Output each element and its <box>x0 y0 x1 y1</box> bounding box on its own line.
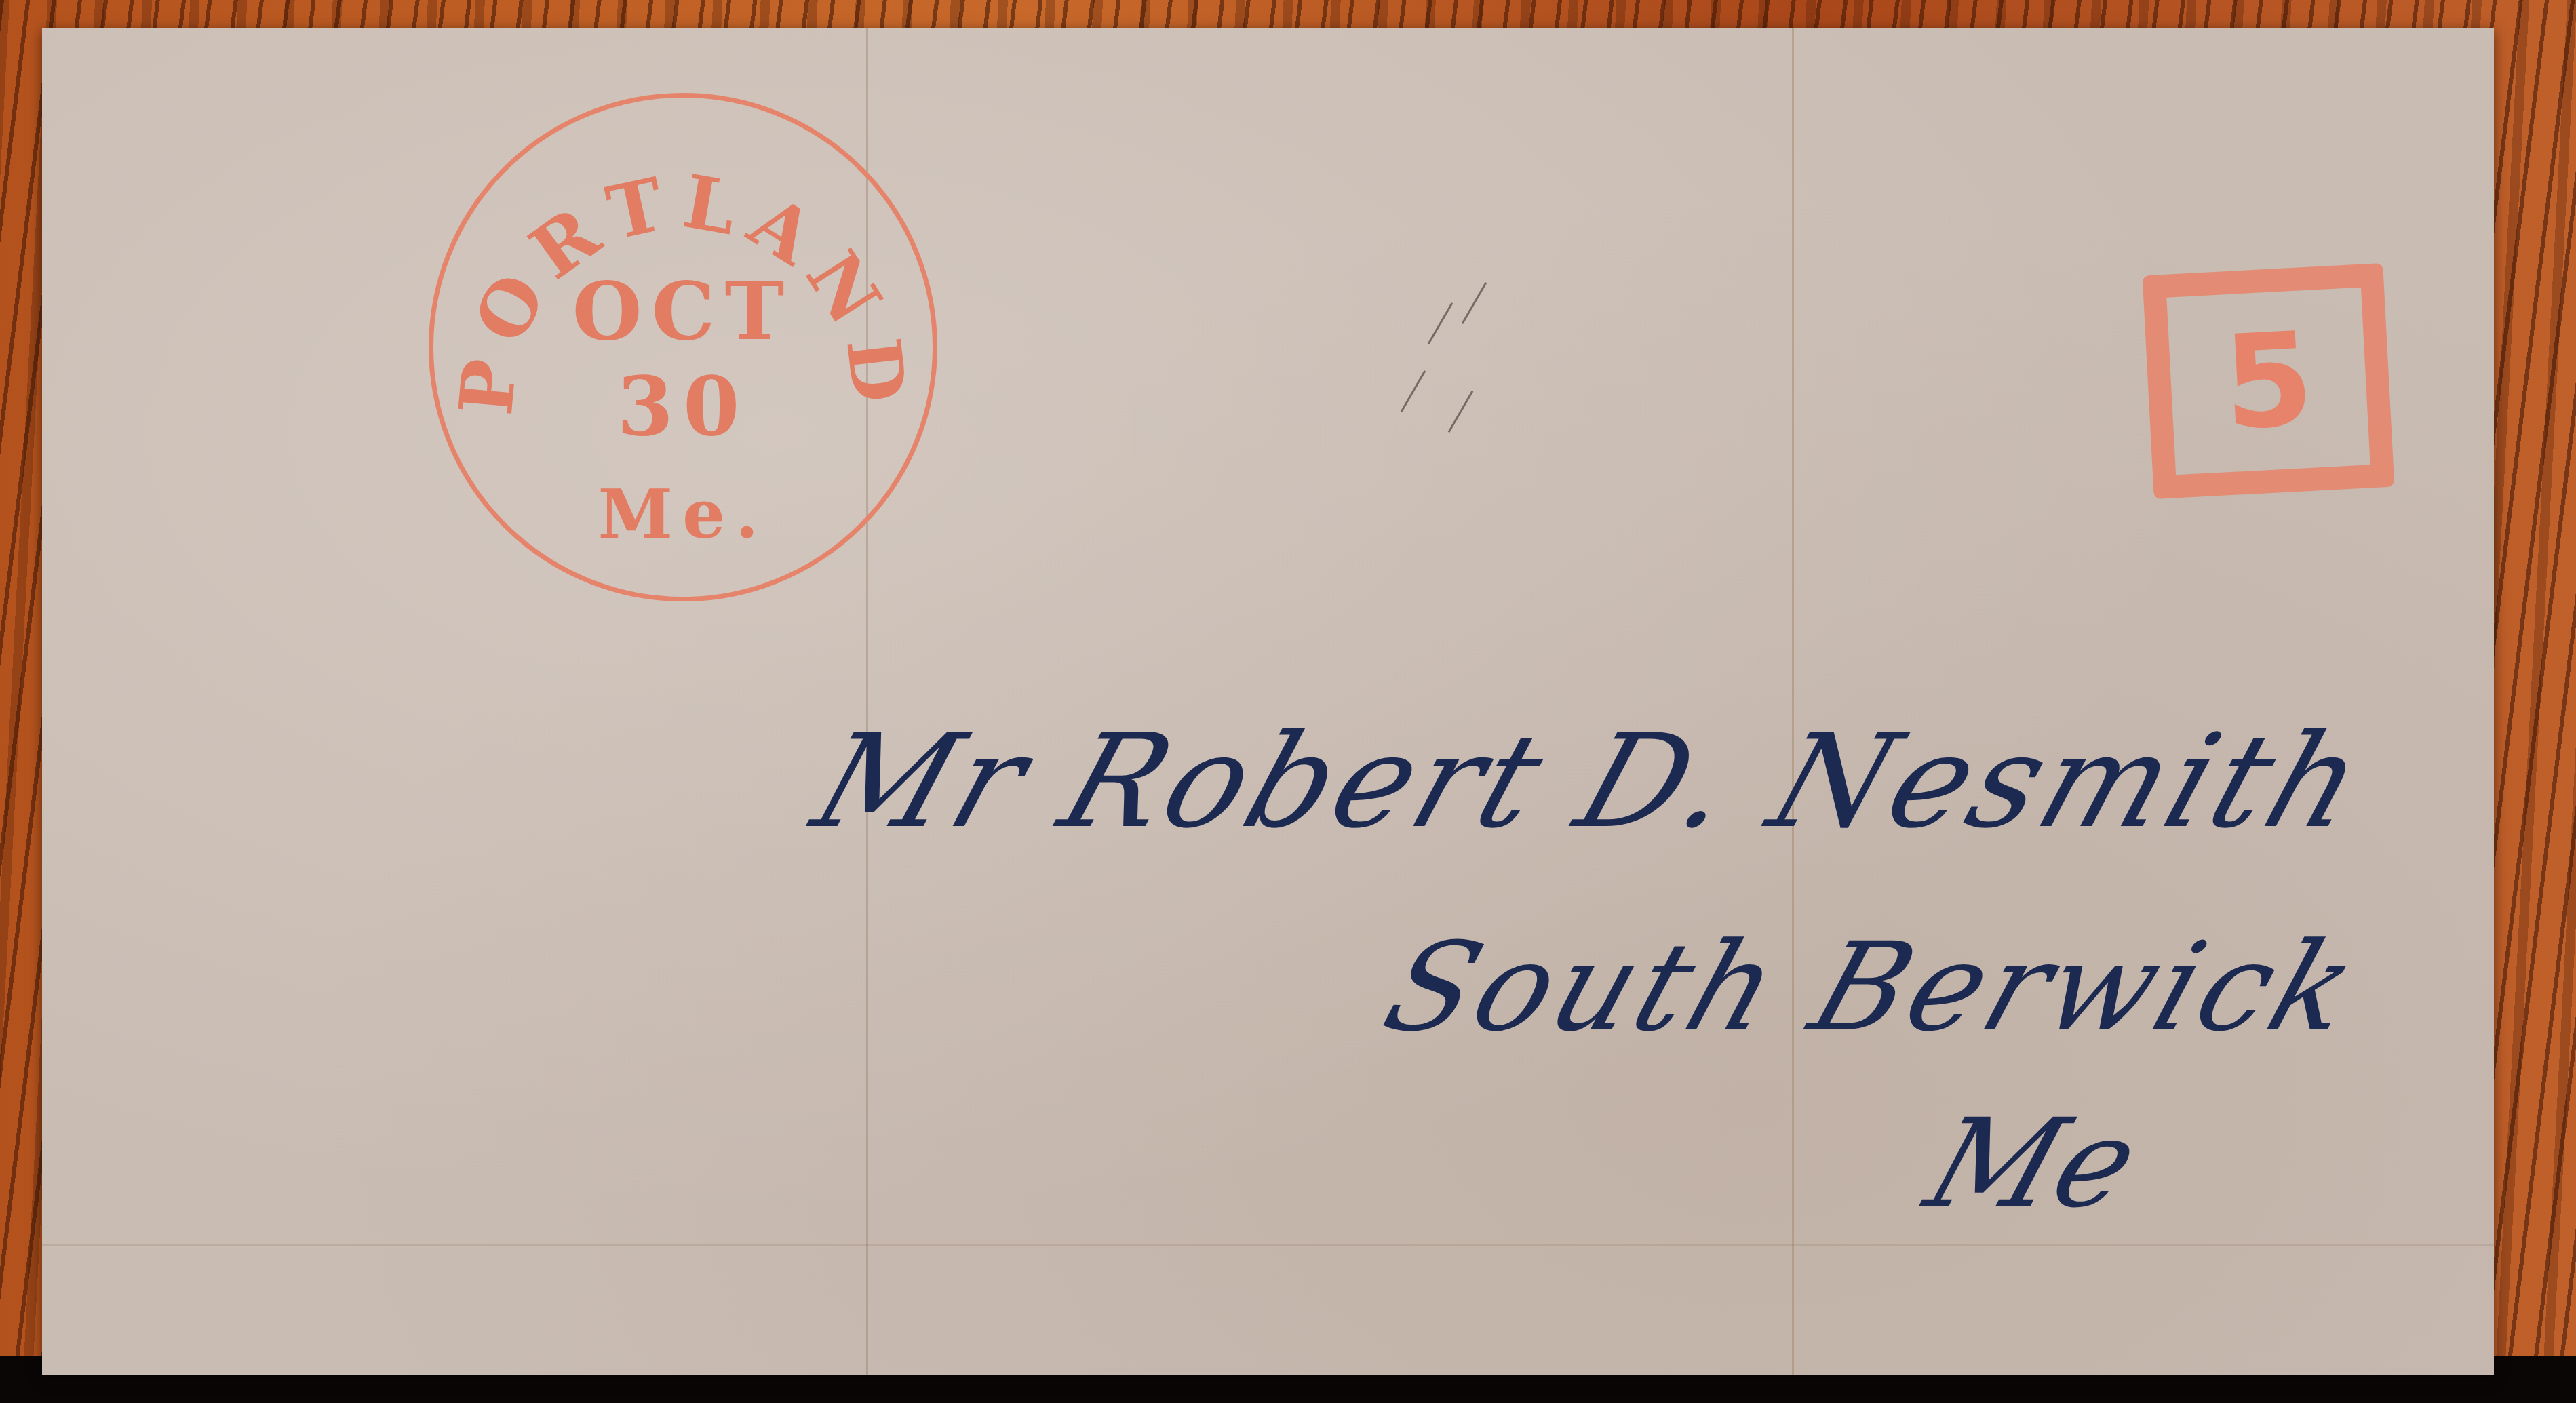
fold-line <box>42 1244 2494 1246</box>
pencil-marks <box>1399 273 1534 462</box>
address-state: Me <box>1911 1093 2155 1235</box>
folded-letter-cover: PORTLAND OCT 30 Me. 5 Mr Robert D. Nesmi… <box>42 28 2494 1375</box>
portland-postmark: PORTLAND OCT 30 Me. <box>429 93 937 601</box>
fold-line <box>1792 28 1794 1375</box>
postmark-month: OCT <box>433 264 933 358</box>
rate-handstamp: 5 <box>2143 263 2395 499</box>
postmark-day: 30 <box>433 359 933 454</box>
address-town: South Berwick <box>1369 917 2376 1059</box>
address-name: Mr Robert D. Nesmith <box>798 707 2384 856</box>
postmark-state: Me. <box>433 474 933 554</box>
rate-value: 5 <box>2220 304 2318 458</box>
